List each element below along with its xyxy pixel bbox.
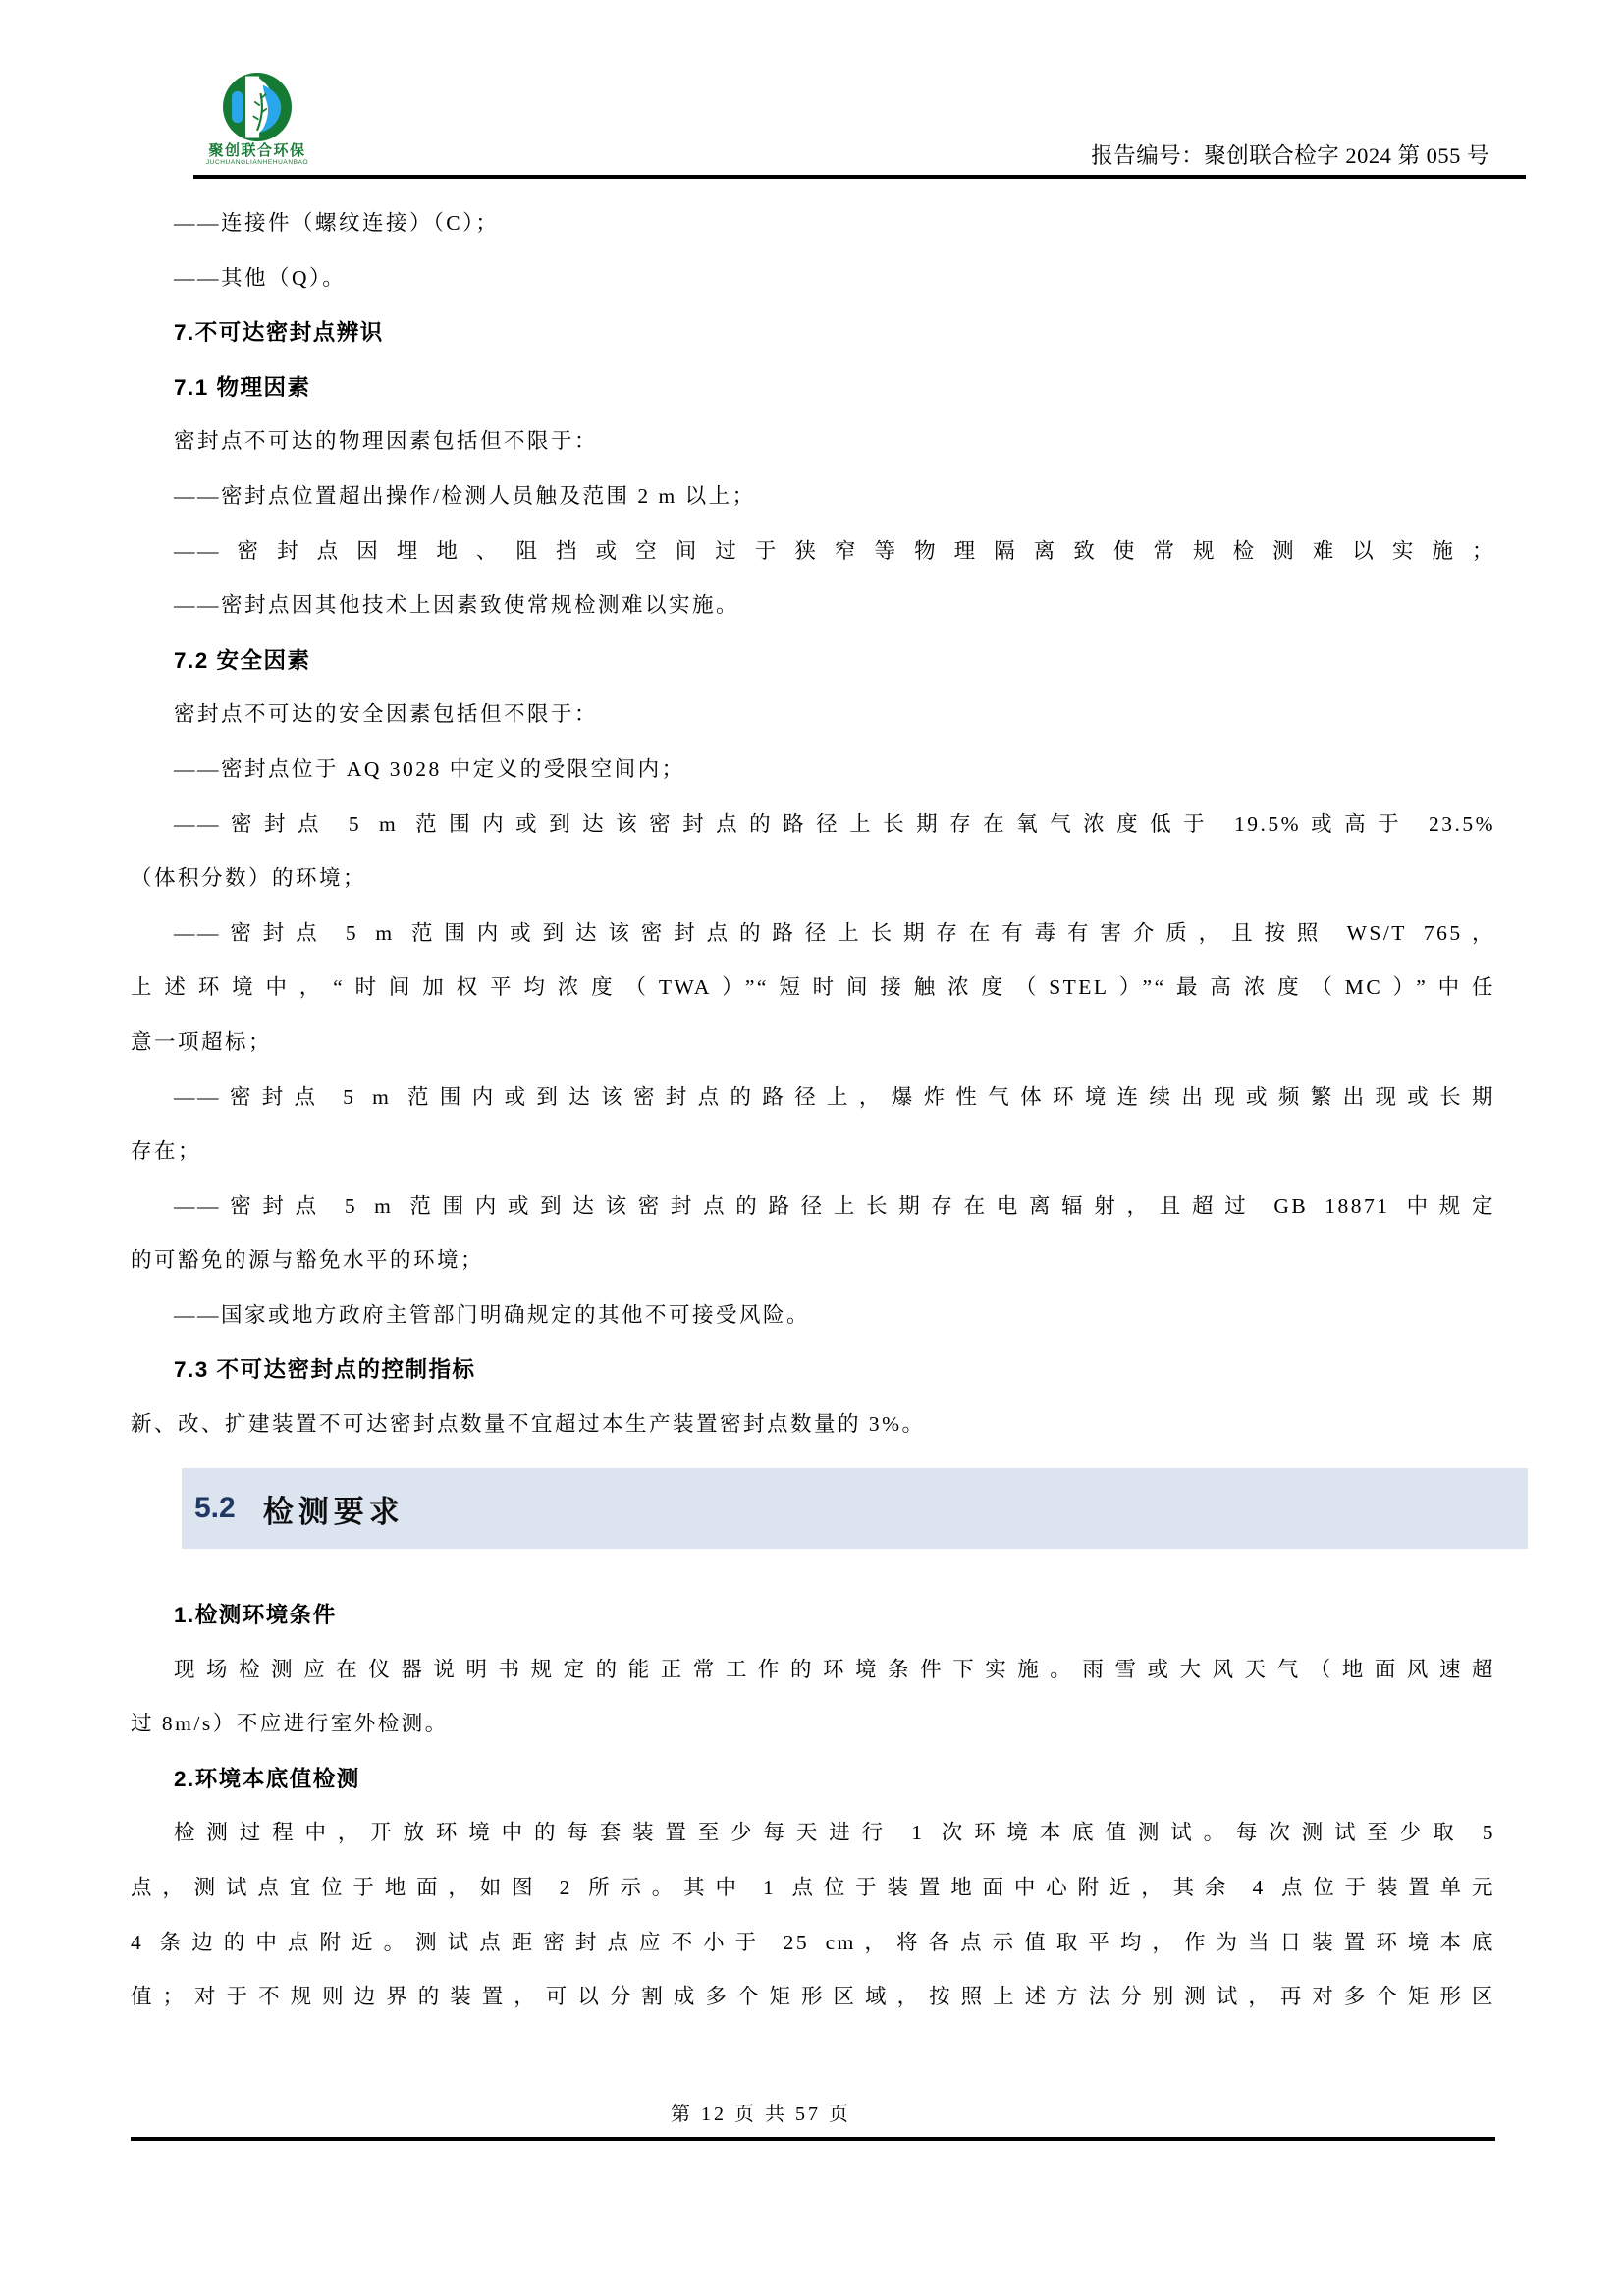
company-logo: 聚创联合环保 JUCHUANGLIANHEHUANBAO	[184, 73, 331, 167]
report-number: 报告编号：聚创联合检字 2024 第 055 号	[1091, 138, 1489, 170]
body-line: 现场检测应在仪器说明书规定的能正常工作的环境条件下实施。雨雪或大风天气（地面风速…	[131, 1643, 1495, 1698]
logo-name: 聚创联合环保	[184, 143, 331, 158]
body-line: 新、改、扩建装置不可达密封点数量不宜超过本生产装置密封点数量的 3%。	[131, 1397, 1495, 1452]
footer-divider	[131, 2137, 1495, 2141]
body-line: 意一项超标；	[131, 1015, 1495, 1070]
body-line: 点，测试点宜位于地面，如图 2 所示。其中 1 点位于装置地面中心附近，其余 4…	[131, 1861, 1495, 1916]
body-line: ——其他（Q）。	[131, 251, 1495, 306]
heading-physical-factors: 7.1 物理因素	[131, 360, 1495, 415]
header-divider	[193, 175, 1526, 179]
body-line: 的可豁免的源与豁免水平的环境；	[131, 1233, 1495, 1288]
heading-env-conditions: 1.检测环境条件	[131, 1588, 1495, 1643]
heading-control-index: 7.3 不可达密封点的控制指标	[131, 1342, 1495, 1397]
body-line: （体积分数）的环境；	[131, 851, 1495, 906]
body-line: 上述环境中，“时间加权平均浓度（TWA）”“短时间接触浓度（STEL）”“最高浓…	[131, 960, 1495, 1015]
section-banner: 5.2 检测要求	[182, 1468, 1528, 1549]
body-line: ——国家或地方政府主管部门明确规定的其他不可接受风险。	[131, 1288, 1495, 1343]
body-line: 过 8m/s）不应进行室外检测。	[131, 1697, 1495, 1752]
body-line: 4 条边的中点附近。测试点距密封点应不小于 25 cm，将各点示值取平均，作为当…	[131, 1916, 1495, 1971]
logo-mark-icon	[223, 73, 292, 141]
body-line: ——连接件（螺纹连接）（C）；	[131, 196, 1495, 251]
section-title: 检测要求	[263, 1487, 405, 1531]
body-line: 存在；	[131, 1124, 1495, 1179]
body-line: ——密封点 5 m 范围内或到达该密封点的路径上长期存在电离辐射，且超过 GB …	[131, 1179, 1495, 1234]
heading-background-test: 2.环境本底值检测	[131, 1752, 1495, 1807]
section-number: 5.2	[194, 1492, 236, 1525]
body-line: 密封点不可达的物理因素包括但不限于：	[131, 414, 1495, 469]
document-body-upper: ——连接件（螺纹连接）（C）； ——其他（Q）。 7.不可达密封点辨识 7.1 …	[131, 196, 1495, 1452]
body-line: ——密封点 5 m 范围内或到达该密封点的路径上长期存在有毒有害介质，且按照 W…	[131, 906, 1495, 961]
body-line: 密封点不可达的安全因素包括但不限于：	[131, 687, 1495, 742]
document-body-lower: 1.检测环境条件 现场检测应在仪器说明书规定的能正常工作的环境条件下实施。雨雪或…	[131, 1588, 1495, 2025]
body-line: ——密封点因埋地、阻挡或空间过于狭窄等物理隔离致使常规检测难以实施；	[131, 524, 1495, 579]
body-line: ——密封点 5 m 范围内或到达该密封点的路径上，爆炸性气体环境连续出现或频繁出…	[131, 1070, 1495, 1125]
page-number: 第 12 页 共 57 页	[0, 2098, 1522, 2126]
body-line: ——密封点位置超出操作/检测人员触及范围 2 m 以上；	[131, 469, 1495, 524]
logo-subtitle: JUCHUANGLIANHEHUANBAO	[184, 160, 331, 167]
document-page: 聚创联合环保 JUCHUANGLIANHEHUANBAO 报告编号：聚创联合检字…	[0, 0, 1623, 2296]
body-line: 值；对于不规则边界的装置，可以分割成多个矩形区域，按照上述方法分别测试，再对多个…	[131, 1970, 1495, 2025]
body-line: 检测过程中，开放环境中的每套装置至少每天进行 1 次环境本底值测试。每次测试至少…	[131, 1806, 1495, 1861]
body-line: ——密封点位于 AQ 3028 中定义的受限空间内；	[131, 742, 1495, 797]
body-line: ——密封点 5 m 范围内或到达该密封点的路径上长期存在氧气浓度低于 19.5%…	[131, 797, 1495, 852]
heading-inaccessible-seal-points: 7.不可达密封点辨识	[131, 305, 1495, 360]
heading-safety-factors: 7.2 安全因素	[131, 633, 1495, 688]
body-line: ——密封点因其他技术上因素致使常规检测难以实施。	[131, 578, 1495, 633]
